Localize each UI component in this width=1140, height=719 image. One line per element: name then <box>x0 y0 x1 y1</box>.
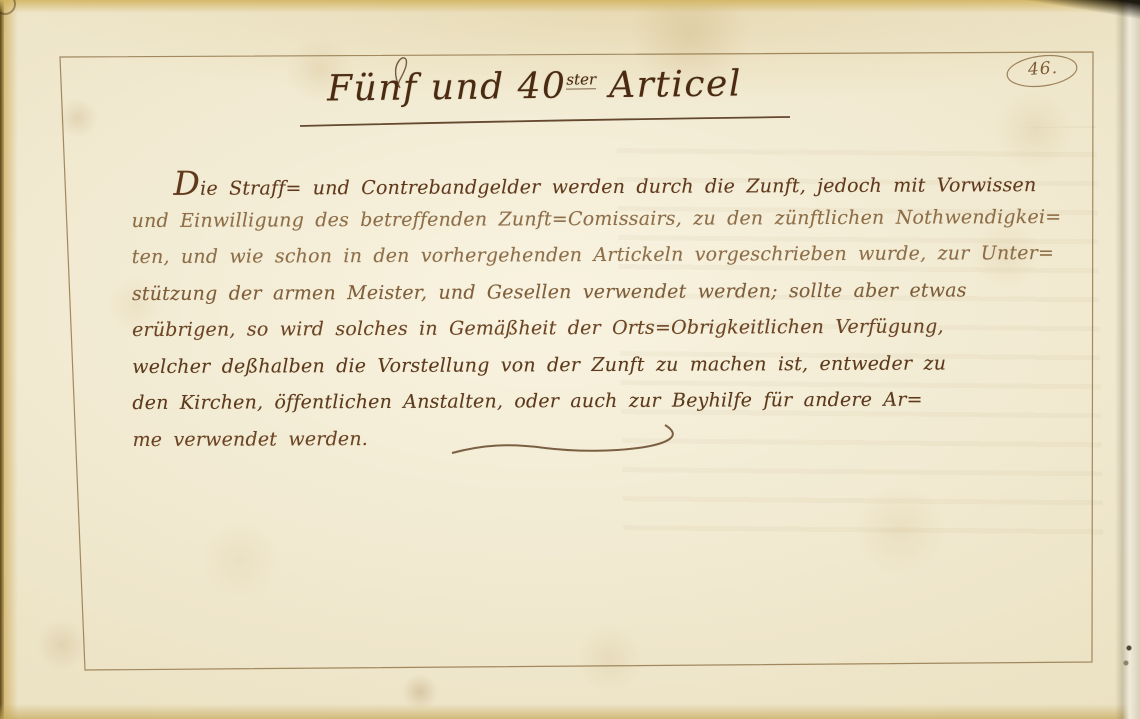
handwritten-line: und Einwilligung des betreffenden Zunft=… <box>132 198 1067 239</box>
title-underline <box>300 117 790 126</box>
handwritten-line: welcher deßhalben die Vorstellung von de… <box>132 344 1067 385</box>
article-title-ordinal-suffix: ster <box>566 70 596 89</box>
article-title-word: Articel <box>609 63 742 106</box>
article-title-main: Fünf und 40 <box>327 66 567 110</box>
article-body: Die Straff= und Contrebandgelder werden … <box>131 162 1067 458</box>
handwritten-line: erübrigen, so wird solches in Gemäßheit … <box>132 308 1067 349</box>
handwritten-line: me verwendet werden. <box>132 417 1067 458</box>
handwritten-line: stützung der armen Meister, und Gesellen… <box>132 271 1067 312</box>
handwritten-line: den Kirchen, öffentlichen Anstalten, ode… <box>132 381 1067 422</box>
handwritten-line: ten, und wie schon in den vorhergehenden… <box>132 235 1067 276</box>
handwritten-line: Die Straff= und Contrebandgelder werden … <box>131 162 1066 203</box>
page-number: 46. <box>1013 57 1072 81</box>
manuscript-photo: 46. Fünf und 40ster Articel Die Straff= … <box>0 0 1140 719</box>
article-title: Fünf und 40ster Articel <box>262 63 807 111</box>
